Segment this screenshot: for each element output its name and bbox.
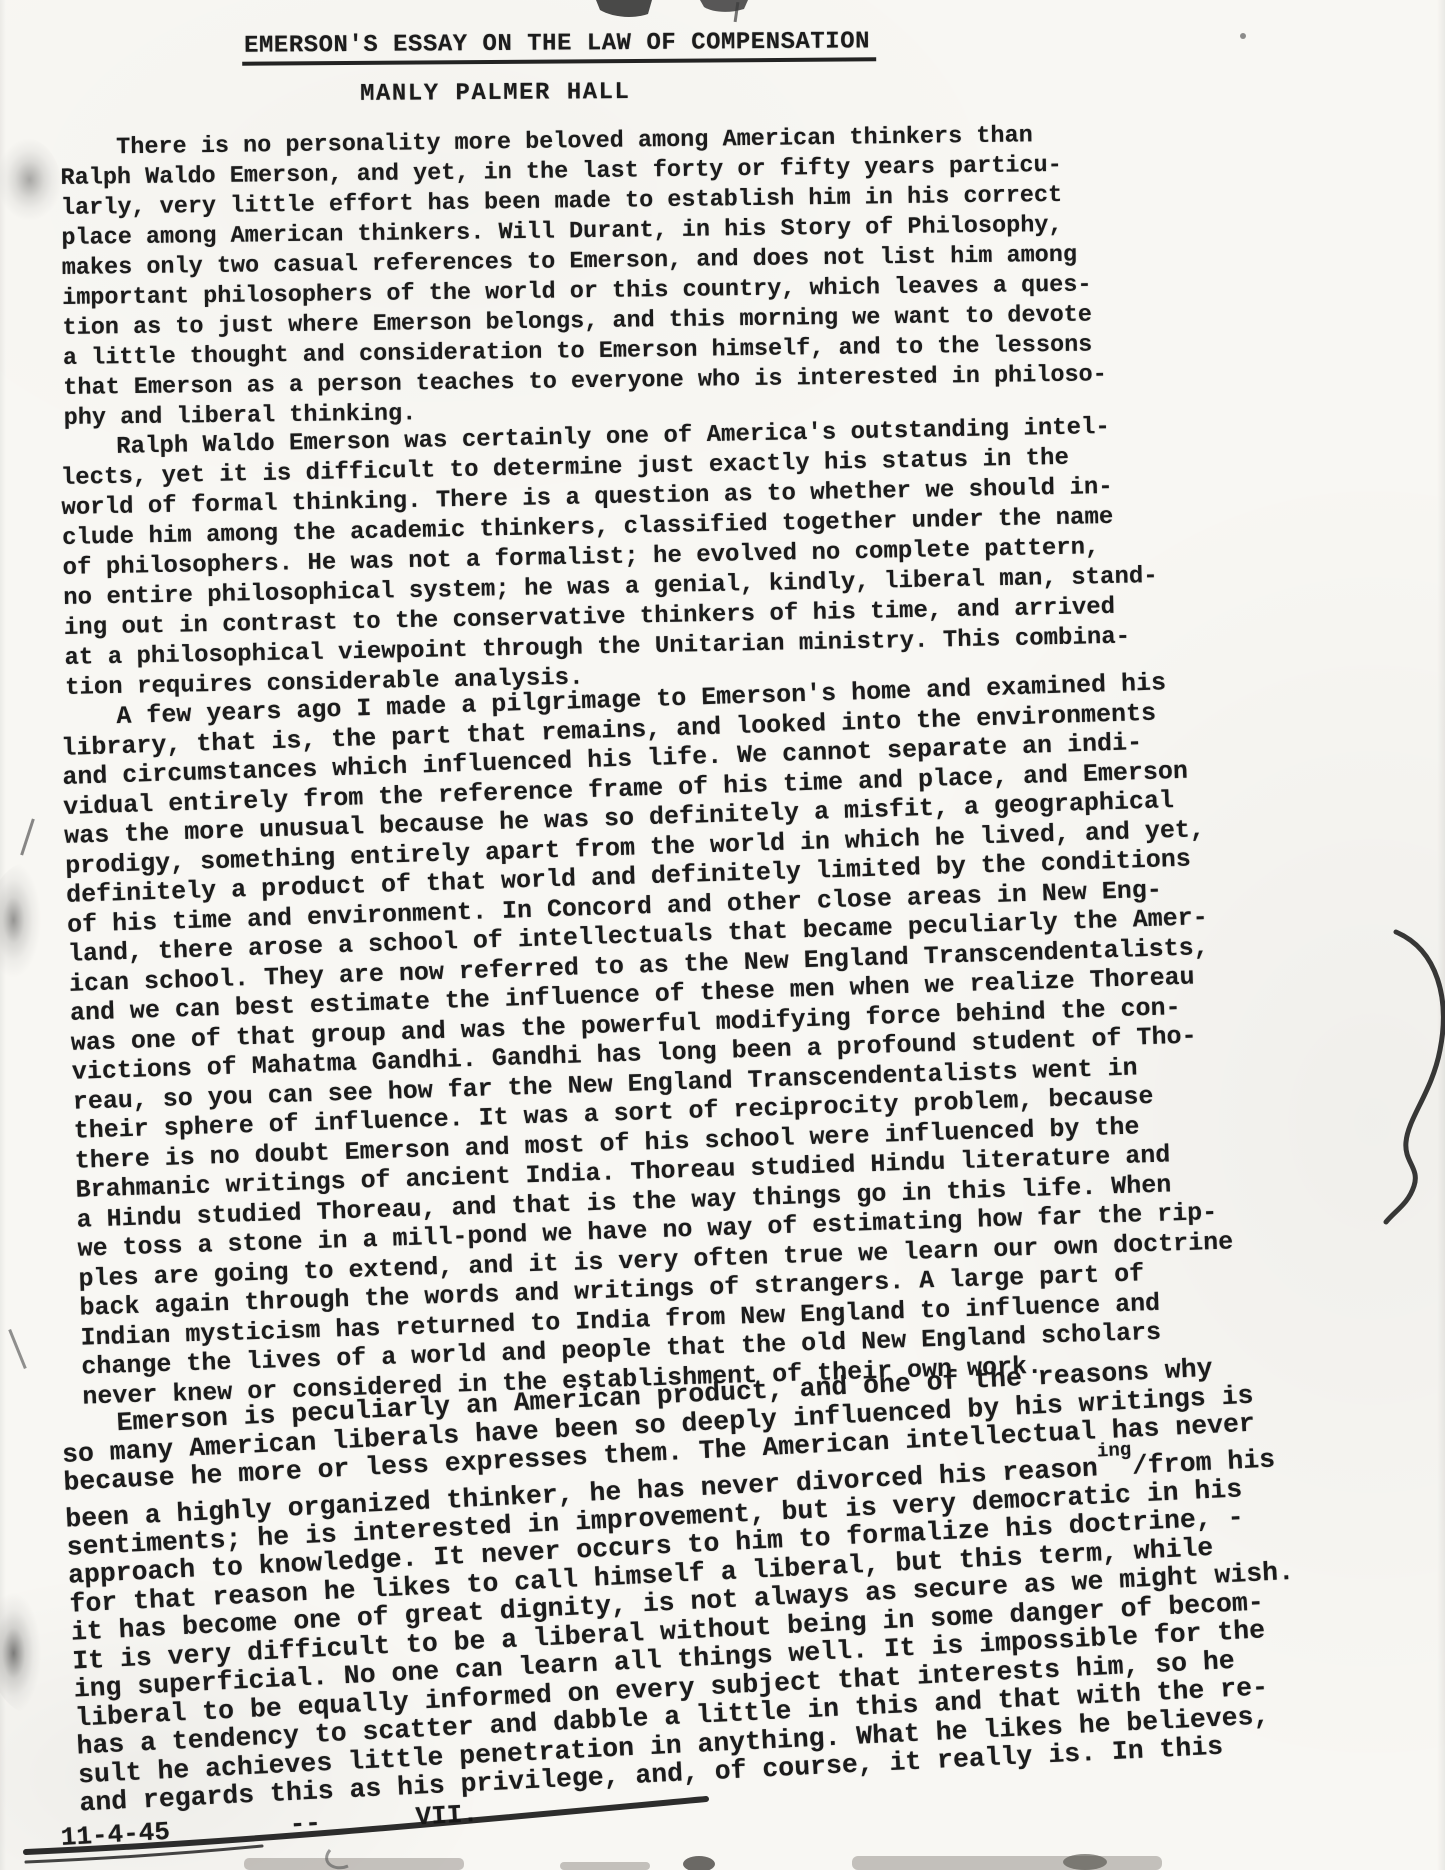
pen-stroke-mark	[20, 818, 35, 855]
essay-body: There is no personality more beloved amo…	[60, 134, 1400, 1819]
top-edge-artifact-2	[700, 0, 748, 12]
paragraph-2: Ralph Waldo Emerson was certainly one of…	[60, 407, 1405, 704]
page-content: EMERSON'S ESSAY ON THE LAW OF COMPENSATI…	[60, 34, 1400, 1853]
author-row: MANLY PALMER HALL	[60, 74, 1400, 110]
bottom-edge-band-1	[244, 1858, 464, 1870]
paragraph-3: A few years ago I made a pilgrimage to E…	[60, 661, 1422, 1412]
ink-smudge-top-left	[0, 138, 62, 242]
footer-date: 11-4-45	[60, 1817, 171, 1853]
pen-slash-mark	[8, 1329, 27, 1369]
page-title: EMERSON'S ESSAY ON THE LAW OF COMPENSATI…	[242, 28, 876, 65]
scanned-typewritten-page: EMERSON'S ESSAY ON THE LAW OF COMPENSATI…	[0, 0, 1445, 1870]
author-name: MANLY PALMER HALL	[360, 79, 631, 108]
bottom-edge-blotch	[683, 1856, 715, 1870]
paragraph-4: Emerson is peculiarly an American produc…	[60, 1345, 1419, 1818]
footer-separator: --	[289, 1808, 322, 1840]
bottom-edge-blotch-2	[1063, 1854, 1107, 1870]
bottom-edge-band-2	[560, 1862, 650, 1870]
top-edge-tick	[734, 2, 740, 22]
paragraph-1: There is no personality more beloved amo…	[60, 116, 1404, 434]
title-row: EMERSON'S ESSAY ON THE LAW OF COMPENSATI…	[60, 25, 1400, 67]
bottom-edge-band-3	[852, 1856, 1162, 1870]
typed-correction: ing	[1096, 1439, 1131, 1463]
top-edge-artifact	[596, 0, 652, 17]
footer-page-numeral: VII.	[415, 1799, 479, 1833]
